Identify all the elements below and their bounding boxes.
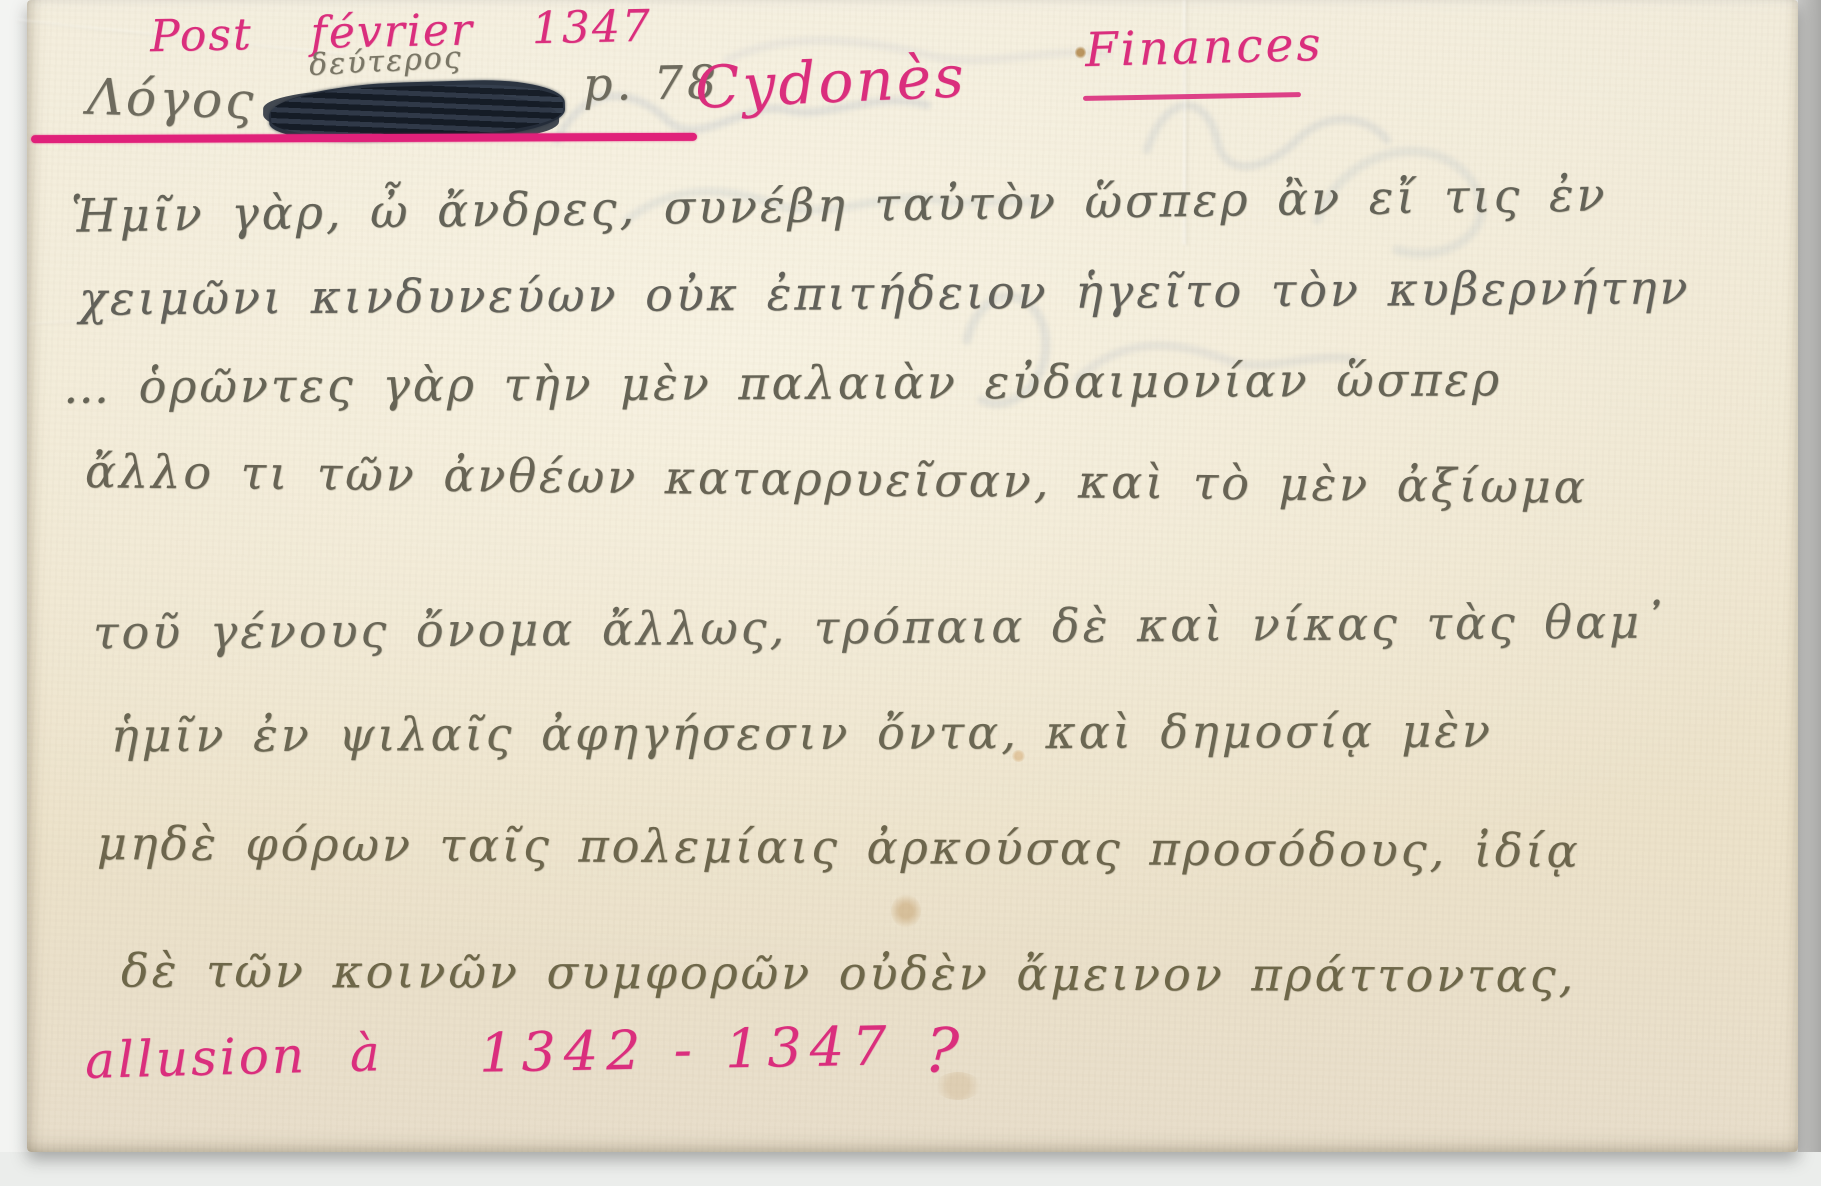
scanner-edge-bottom: [0, 1152, 1821, 1186]
greek-quote-line: Ἡμῖν γὰρ, ὦ ἄνδρες, συνέβη ταὐτὸν ὥσπερ …: [71, 167, 1608, 242]
greek-quote-line: … ὁρῶντες γὰρ τὴν μὲν παλαιὰν εὐδαιμονία…: [63, 352, 1502, 414]
footer-years: 1342 - 1347: [478, 1014, 894, 1084]
greek-quote-line: ἄλλο τι τῶν ἀνθέων καταρρυεῖσαν, καὶ τὸ …: [85, 444, 1588, 514]
footer-question-mark: ?: [922, 1013, 960, 1088]
greek-quote-line: μηδὲ φόρων ταῖς πολεμίαις ἀρκούσας προσό…: [97, 816, 1581, 878]
greek-quote-line: δὲ τῶν κοινῶν συμφορῶν οὐδὲν ἄμεινον πρά…: [121, 943, 1576, 1002]
greek-quote-line: τοῦ γένους ὄνομα ἄλλως, τρόπαια δὲ καὶ ν…: [93, 595, 1668, 660]
footer-note: allusion à: [84, 1024, 383, 1090]
index-card: Post février 1347 Λόγος δεύτερος p. 78 C…: [27, 0, 1798, 1152]
greek-quotation: Ἡμῖν γὰρ, ὦ ἄνδρες, συνέβη ταὐτὸν ὥσπερ …: [27, 0, 1798, 1152]
greek-quote-line: ἡμῖν ἐν ψιλαῖς ἀφηγήσεσιν ὄντα, καὶ δημο…: [111, 704, 1493, 763]
scan-background: { "scan": { "header": { "date_note": "Po…: [0, 0, 1821, 1186]
greek-quote-line: χειμῶνι κινδυνεύων οὐκ ἐπιτήδειον ἡγεῖτο…: [79, 260, 1691, 325]
scanner-edge: [1798, 0, 1821, 1186]
